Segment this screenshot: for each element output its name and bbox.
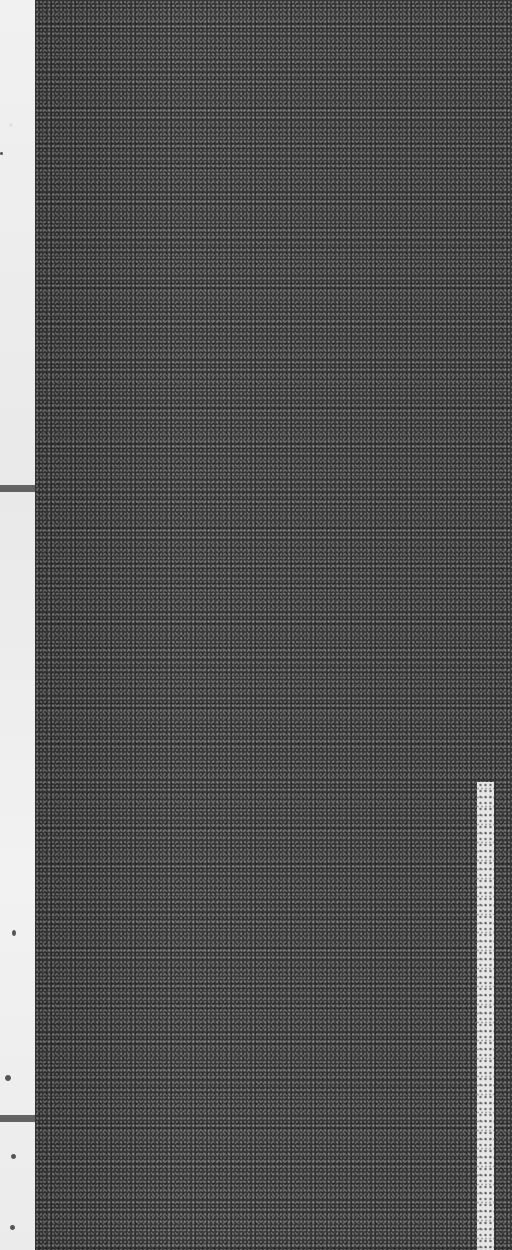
- asphalt-shading: [35, 0, 512, 1250]
- curb-joint: [0, 485, 36, 492]
- debris-speck: [10, 1225, 15, 1230]
- debris-speck: [12, 930, 16, 936]
- curb-strip: [0, 0, 36, 1250]
- curb-joint: [0, 1115, 36, 1122]
- road-photo: [0, 0, 512, 1250]
- debris-speck: [5, 1075, 11, 1081]
- debris-speck: [0, 152, 3, 155]
- debris-speck: [11, 1154, 16, 1159]
- lane-marking: [477, 782, 494, 1250]
